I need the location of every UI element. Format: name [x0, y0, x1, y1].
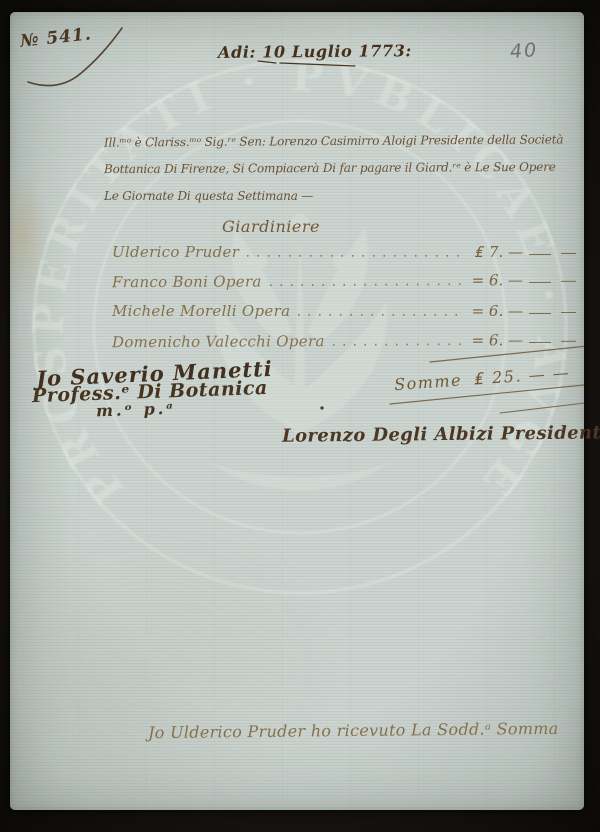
amount-trail-line — [561, 281, 576, 282]
signature-president: Lorenzo Degli Albizi Presidente — [282, 422, 600, 446]
signature-manetti-manu-propria: m.ᵒ p.ᵃ — [96, 399, 176, 421]
amount-value: = 6. — — [472, 271, 524, 289]
worker-name: Franco Boni Opera — [112, 272, 262, 291]
section-heading-gardener: Giardiniere — [222, 217, 320, 236]
date-line: Adi: 10 Luglio 1773: — [218, 41, 412, 62]
amount-trail-line — [561, 312, 576, 313]
worker-name: Domenicho Valecchi Opera — [112, 332, 325, 351]
amount-trail-line — [561, 253, 576, 254]
sum-value: ₤ 25. — — — [473, 363, 570, 389]
worker-name: Ulderico Pruder — [112, 243, 239, 261]
document-page: PROSPERITATI · PVBLICAE · AVGENDAE — [10, 12, 584, 810]
amount-value: ₤ 7. — — [475, 243, 523, 261]
amount-trail-line — [561, 341, 576, 342]
amount-trail-line — [529, 342, 551, 343]
ledger-row: Michele Morelli Opera = 6. — — [112, 302, 576, 320]
dotted-leader — [270, 273, 464, 286]
amount-value: = 6. — — [472, 302, 523, 320]
body-line-3: Le Giornate Di questa Settimana — — [104, 189, 313, 203]
amount-trail-line — [529, 254, 551, 255]
scan-background: PROSPERITATI · PVBLICAE · AVGENDAE — [0, 0, 600, 832]
worker-name: Michele Morelli Opera — [112, 302, 290, 320]
folio-number: 40 — [509, 39, 539, 63]
sum-label: Somme — [394, 370, 463, 394]
ledger-row: Domenicho Valecchi Opera = 6. — — [112, 331, 576, 351]
dotted-leader — [247, 245, 466, 257]
body-line-1: Ill.ᵐᵒ è Clariss.ᵐᵒ Sig.ʳᵉ Sen: Lorenzo … — [104, 132, 563, 149]
dotted-leader — [333, 333, 464, 346]
ink-dot — [320, 406, 323, 409]
ledger-row: Ulderico Pruder ₤ 7. — — [112, 243, 576, 261]
sum-line: Somme₤ 25. — — — [394, 363, 571, 394]
amount-value: = 6. — — [472, 331, 524, 349]
somme-underline-2 — [500, 402, 584, 413]
body-line-2: Bottanica Di Firenze, Si Compiacerà Di f… — [104, 160, 556, 176]
watermark-inner-ring — [94, 121, 506, 533]
registry-number: № 541. — [19, 24, 93, 51]
ledger-row: Franco Boni Opera = 6. — — [112, 271, 576, 291]
receipt-line: Jo Ulderico Pruder ho ricevuto La Sodd.ᵃ… — [148, 719, 559, 742]
amount-trail-line — [529, 282, 551, 283]
dotted-leader — [298, 304, 463, 316]
amount-trail-line — [529, 313, 551, 314]
date-underline — [280, 63, 355, 66]
